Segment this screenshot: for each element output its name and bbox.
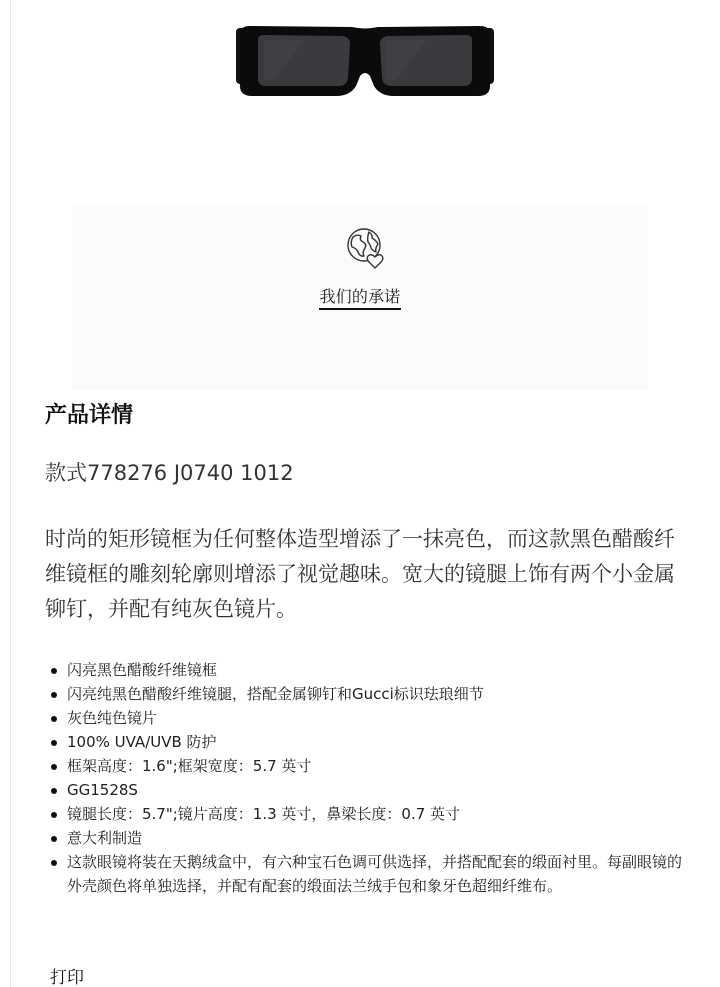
our-promise-link-wrap: 我们的承诺 bbox=[0, 286, 720, 310]
feature-item: 这款眼镜将装在天鹅绒盒中，有六种宝石色调可供选择，并搭配配套的缎面衬里。每副眼镜… bbox=[67, 850, 687, 898]
product-description: 时尚的矩形镜框为任何整体造型增添了一抹亮色，而这款黑色醋酸纤维镜框的雕刻轮廓则增… bbox=[45, 522, 685, 627]
sunglasses-image bbox=[234, 20, 496, 102]
feature-item: GG1528S bbox=[67, 778, 687, 802]
style-code: 款式778276 J0740 1012 bbox=[45, 458, 294, 488]
feature-item: 意大利制造 bbox=[67, 826, 687, 850]
left-border-rule bbox=[10, 0, 11, 987]
feature-item: 灰色纯色镜片 bbox=[67, 706, 687, 730]
feature-list: 闪亮黑色醋酸纤维镜框 闪亮纯黑色醋酸纤维镜腿，搭配金属铆钉和Gucci标识珐琅细… bbox=[45, 658, 687, 898]
print-link[interactable]: 打印 bbox=[50, 966, 84, 987]
product-image bbox=[234, 20, 496, 102]
our-promise-link[interactable]: 我们的承诺 bbox=[319, 286, 400, 310]
feature-item: 框架高度：1.6";框架宽度：5.7 英寸 bbox=[67, 754, 687, 778]
product-details-title: 产品详情 bbox=[45, 400, 133, 432]
globe-heart-icon bbox=[345, 226, 387, 272]
feature-item: 100% UVA/UVB 防护 bbox=[67, 730, 687, 754]
feature-item: 闪亮纯黑色醋酸纤维镜腿，搭配金属铆钉和Gucci标识珐琅细节 bbox=[67, 682, 687, 706]
feature-item: 镜腿长度：5.7";镜片高度：1.3 英寸，鼻梁长度：0.7 英寸 bbox=[67, 802, 687, 826]
feature-item: 闪亮黑色醋酸纤维镜框 bbox=[67, 658, 687, 682]
